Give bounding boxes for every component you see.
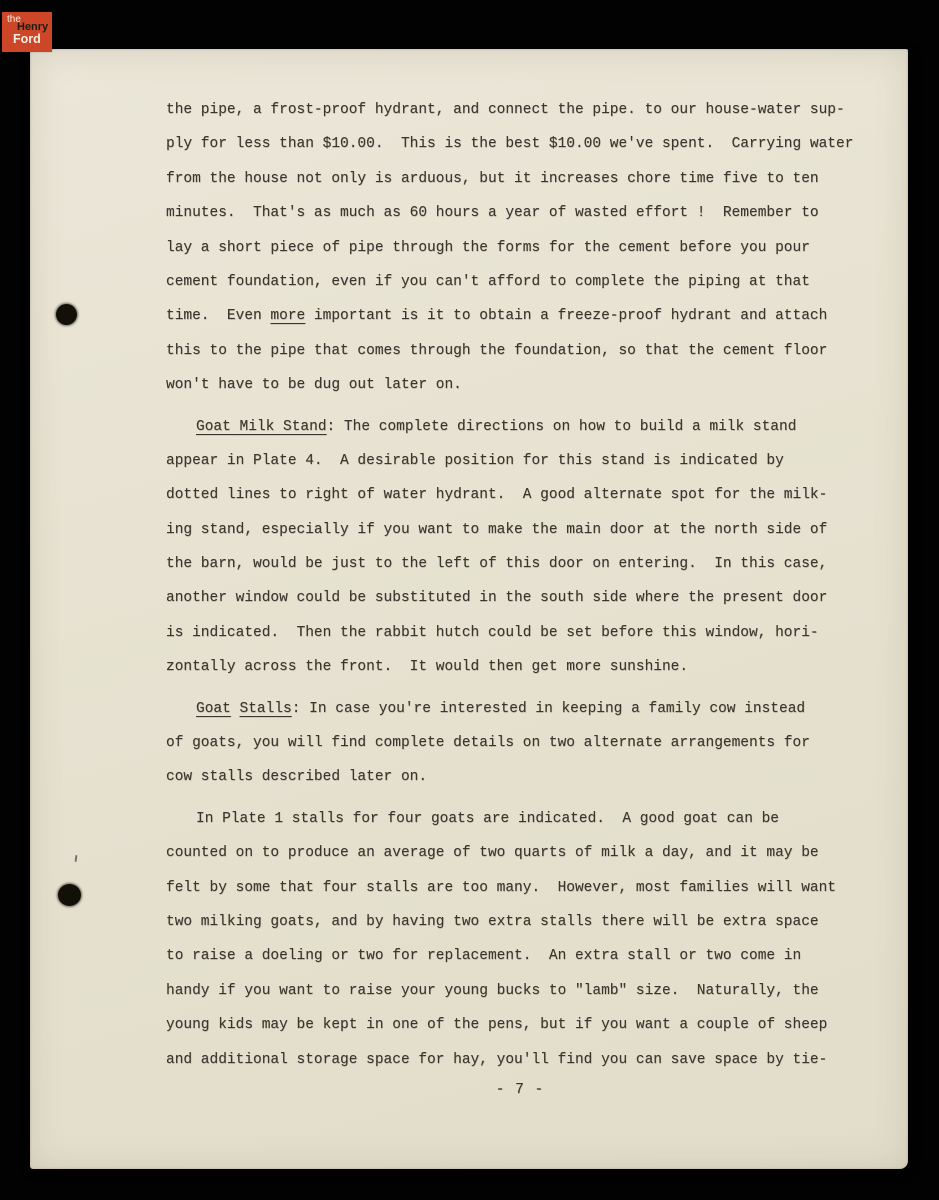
- page-number: - 7 -: [166, 1082, 874, 1098]
- text-segment: the barn, would be just to the left of t…: [166, 556, 827, 572]
- hole-punch-bottom: [58, 884, 81, 906]
- text-line: this to the pipe that comes through the …: [166, 334, 874, 368]
- text-segment: counted on to produce an average of two …: [166, 845, 819, 861]
- text-line: lay a short piece of pipe through the fo…: [166, 231, 874, 265]
- text-line: two milking goats, and by having two ext…: [166, 905, 874, 939]
- paragraph: the pipe, a frost-proof hydrant, and con…: [166, 93, 874, 403]
- text-segment: felt by some that four stalls are too ma…: [166, 880, 836, 896]
- text-line: In Plate 1 stalls for four goats are ind…: [166, 802, 874, 836]
- text-line: minutes. That's as much as 60 hours a ye…: [166, 196, 874, 230]
- text-line: appear in Plate 4. A desirable position …: [166, 444, 874, 478]
- text-line: cement foundation, even if you can't aff…: [166, 265, 874, 299]
- text-line: another window could be substituted in t…: [166, 581, 874, 615]
- document-page: the pipe, a frost-proof hydrant, and con…: [30, 49, 908, 1169]
- text-line: time. Even more important is it to obtai…: [166, 299, 874, 333]
- text-segment: time. Even: [166, 308, 270, 324]
- text-segment: appear in Plate 4. A desirable position …: [166, 453, 784, 469]
- text-segment: another window could be substituted in t…: [166, 590, 827, 606]
- text-segment: [231, 701, 240, 717]
- underlined-text: Goat Milk Stand: [196, 419, 327, 435]
- text-line: won't have to be dug out later on.: [166, 368, 874, 402]
- text-segment: lay a short piece of pipe through the fo…: [166, 240, 810, 256]
- text-line: of goats, you will find complete details…: [166, 726, 874, 760]
- stray-mark: [75, 855, 78, 862]
- text-segment: and additional storage space for hay, yo…: [166, 1052, 827, 1068]
- text-line: counted on to produce an average of two …: [166, 836, 874, 870]
- hole-punch-top: [56, 304, 77, 325]
- text-line: the pipe, a frost-proof hydrant, and con…: [166, 93, 874, 127]
- paragraph: Goat Stalls: In case you're interested i…: [166, 692, 874, 795]
- text-line: is indicated. Then the rabbit hutch coul…: [166, 616, 874, 650]
- text-segment: : In case you're interested in keeping a…: [292, 701, 805, 717]
- text-segment: of goats, you will find complete details…: [166, 735, 810, 751]
- text-segment: zontally across the front. It would then…: [166, 659, 688, 675]
- text-segment: minutes. That's as much as 60 hours a ye…: [166, 205, 819, 221]
- text-line: cow stalls described later on.: [166, 760, 874, 794]
- text-line: Goat Milk Stand: The complete directions…: [166, 410, 874, 444]
- text-line: ing stand, especially if you want to mak…: [166, 513, 874, 547]
- text-line: zontally across the front. It would then…: [166, 650, 874, 684]
- text-segment: : The complete directions on how to buil…: [327, 419, 797, 435]
- text-segment: dotted lines to right of water hydrant. …: [166, 487, 827, 503]
- paragraph: Goat Milk Stand: The complete directions…: [166, 410, 874, 685]
- scan-background: the pipe, a frost-proof hydrant, and con…: [0, 0, 939, 1200]
- text-segment: important is it to obtain a freeze-proof…: [305, 308, 827, 324]
- text-segment: the pipe, a frost-proof hydrant, and con…: [166, 102, 845, 118]
- underlined-text: more: [270, 308, 305, 324]
- text-segment: ing stand, especially if you want to mak…: [166, 522, 827, 538]
- text-line: the barn, would be just to the left of t…: [166, 547, 874, 581]
- text-segment: two milking goats, and by having two ext…: [166, 914, 819, 930]
- text-segment: In Plate 1 stalls for four goats are ind…: [196, 811, 779, 827]
- text-line: Goat Stalls: In case you're interested i…: [166, 692, 874, 726]
- text-segment: won't have to be dug out later on.: [166, 377, 462, 393]
- henry-ford-logo: the Henry Ford: [2, 12, 52, 52]
- text-segment: cement foundation, even if you can't aff…: [166, 274, 810, 290]
- paragraph: In Plate 1 stalls for four goats are ind…: [166, 802, 874, 1077]
- page-text: the pipe, a frost-proof hydrant, and con…: [166, 93, 874, 1077]
- text-segment: ply for less than $10.00. This is the be…: [166, 136, 853, 152]
- text-segment: is indicated. Then the rabbit hutch coul…: [166, 625, 819, 641]
- text-line: ply for less than $10.00. This is the be…: [166, 127, 874, 161]
- text-line: dotted lines to right of water hydrant. …: [166, 478, 874, 512]
- text-segment: cow stalls described later on.: [166, 769, 427, 785]
- text-line: handy if you want to raise your young bu…: [166, 974, 874, 1008]
- text-segment: to raise a doeling or two for replacemen…: [166, 948, 801, 964]
- text-line: young kids may be kept in one of the pen…: [166, 1008, 874, 1042]
- underlined-text: Goat: [196, 701, 231, 717]
- text-segment: this to the pipe that comes through the …: [166, 343, 827, 359]
- text-segment: from the house not only is arduous, but …: [166, 171, 819, 187]
- underlined-text: Stalls: [240, 701, 292, 717]
- text-line: to raise a doeling or two for replacemen…: [166, 939, 874, 973]
- text-line: felt by some that four stalls are too ma…: [166, 871, 874, 905]
- text-line: from the house not only is arduous, but …: [166, 162, 874, 196]
- text-segment: young kids may be kept in one of the pen…: [166, 1017, 827, 1033]
- text-line: and additional storage space for hay, yo…: [166, 1043, 874, 1077]
- logo-word-ford: Ford: [13, 33, 41, 46]
- text-segment: handy if you want to raise your young bu…: [166, 983, 819, 999]
